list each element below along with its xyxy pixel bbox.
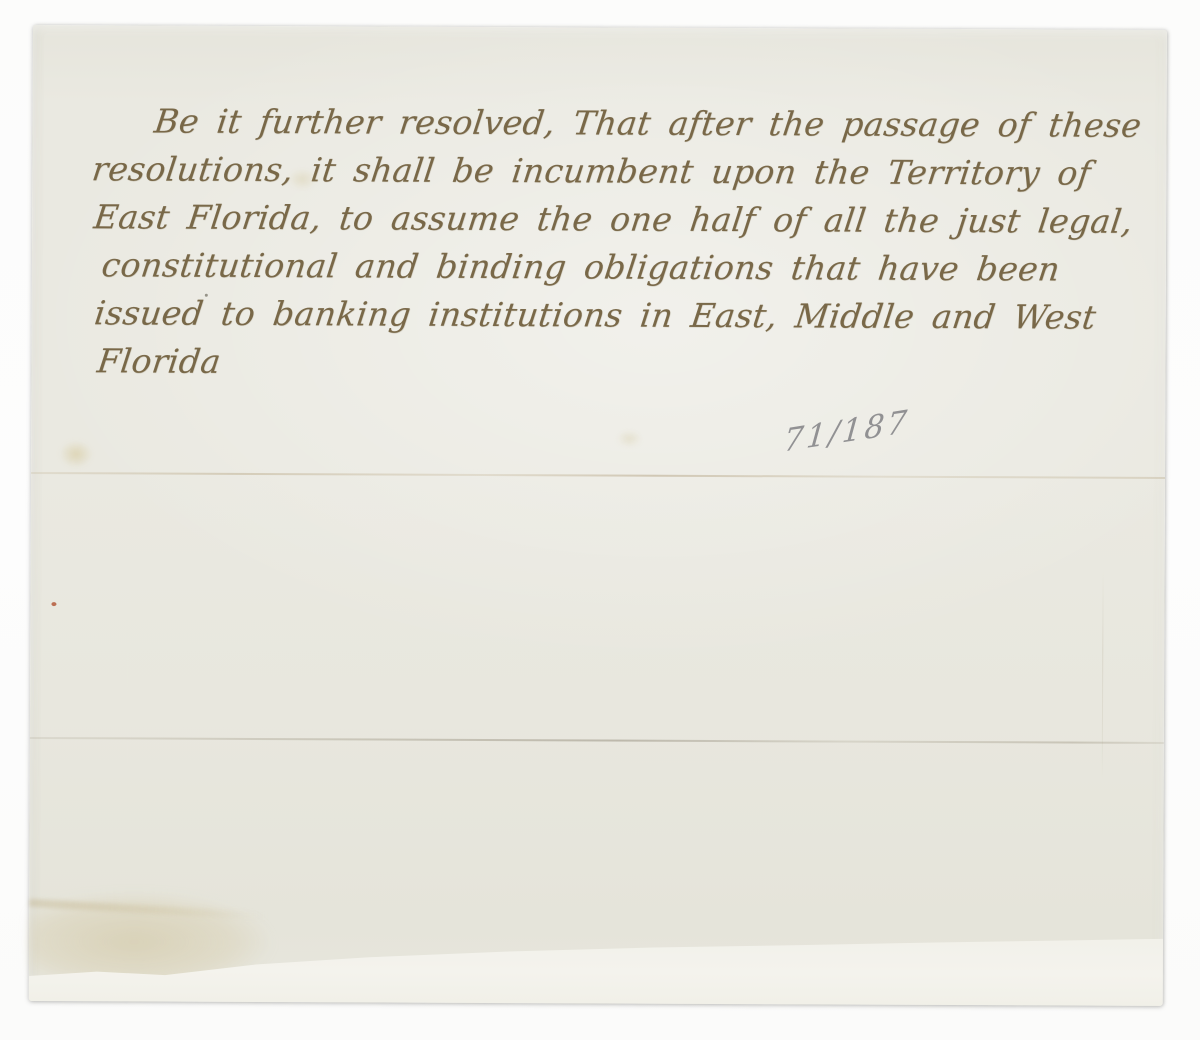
red-fleck xyxy=(51,602,56,606)
manuscript-line: Be it further resolved, That after the p… xyxy=(152,102,1144,145)
manuscript-line: resolutions, it shall be incumbent upon … xyxy=(90,149,1093,192)
dark-fleck xyxy=(205,294,208,297)
fold-crease-upper xyxy=(31,472,1165,479)
page-number-annotation: 71/187 xyxy=(782,403,911,459)
manuscript-line: constitutional and binding obligations t… xyxy=(99,245,1062,288)
manuscript-line: East Florida, to assume the one half of … xyxy=(92,197,1135,241)
foxing-spot xyxy=(287,168,317,190)
foxing-spot xyxy=(616,430,642,448)
manuscript-line: Florida xyxy=(95,341,223,381)
manuscript-page: Be it further resolved, That after the p… xyxy=(29,25,1167,1006)
foxing-spot xyxy=(59,440,93,468)
manuscript-line: issued to banking institutions in East, … xyxy=(92,293,1098,336)
fold-crease-lower xyxy=(30,737,1164,744)
vertical-crease xyxy=(1102,570,1104,780)
